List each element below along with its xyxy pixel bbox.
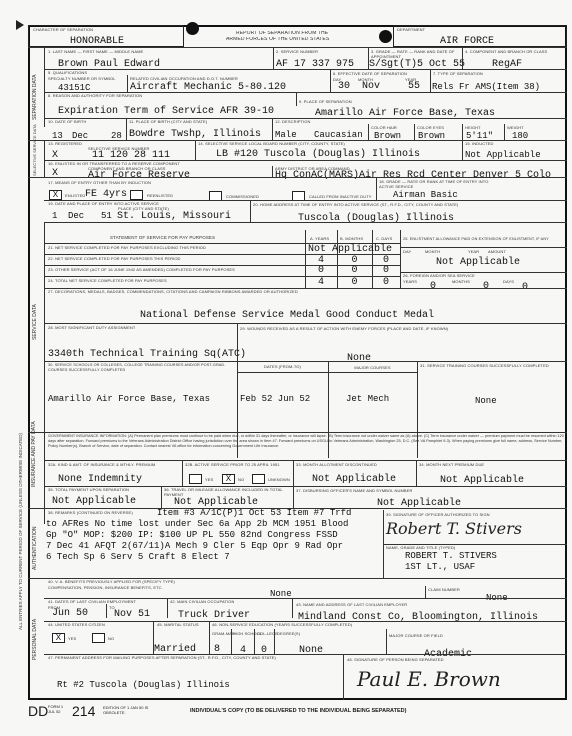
side-label-separation: Separation Data [32, 70, 38, 120]
pay-col-years: A. Years [310, 237, 329, 242]
f42-label: 42. Main Civilian Occupation [170, 600, 234, 605]
divider [44, 598, 567, 599]
divider [209, 621, 210, 654]
divider [44, 486, 567, 487]
enlisted-note: FE 4yrs [85, 189, 127, 200]
divider [296, 92, 297, 106]
f19-label: 19. Date and Place of Entry into Active … [48, 202, 159, 207]
divider [106, 604, 107, 618]
side-label-outer: All Entries Apply to Current Period of S… [18, 230, 23, 630]
enlisted-label: Enlisted [65, 194, 85, 199]
entry-day: 1 [52, 211, 57, 221]
reserve-component: Air Force Reserve [88, 170, 190, 181]
specialty-label: Specialty Number or Symbol [48, 77, 116, 82]
f34-label: 34. Month Next Premium Due [419, 463, 484, 468]
side-label-personal: Personal Data [32, 620, 38, 660]
f27-label: 27. Decorations, Medals, Badges, Commend… [48, 290, 298, 295]
degree-label: Degree(s) [277, 632, 300, 637]
punch-hole-left [186, 22, 199, 35]
divider [400, 272, 567, 273]
decorations: National Defense Service Medal Good Cond… [140, 310, 434, 321]
separation-month: Nov [362, 81, 380, 92]
side-label-insurance: Insurance and Pay Data [31, 442, 37, 487]
f35-label: 35. Total Payment upon Separation [48, 488, 129, 493]
form-edition: EDITION OF 1 JAN 50 IS OBSOLETE. [103, 705, 151, 715]
claim-label: Claim Number [428, 588, 460, 593]
divider [44, 160, 567, 161]
f26-years-label: Years [403, 280, 417, 285]
inducted-value: Not Applicable [465, 150, 541, 160]
officer-title: 1ST LT., USAF [405, 562, 475, 572]
civ-occupation-label: Related Civilian Occupation and D.O.T. N… [130, 77, 238, 82]
divider [126, 118, 127, 140]
pay-row-23-days: 0 [372, 265, 400, 276]
f6-label: 6. Effective Date of Separation [333, 72, 407, 77]
divider [237, 372, 417, 373]
divider [44, 323, 567, 324]
separation-year: 55 [408, 81, 420, 92]
form-number: 214 [72, 703, 95, 719]
divider [273, 47, 274, 69]
f46-label: 46. Non-Service Education (Years success… [212, 623, 352, 628]
f10-label: 10. Date of Birth [48, 120, 86, 125]
race-value: Caucasian [314, 130, 363, 140]
officer-name: ROBERT T. STIVERS [405, 551, 497, 561]
f29-label: 29. Wounds Received as a Result of Actio… [240, 327, 448, 332]
divider [368, 124, 369, 140]
reenlisted-checkbox[interactable] [130, 190, 143, 200]
citizen-yes-checkbox[interactable]: X [52, 633, 65, 643]
divider [44, 140, 45, 177]
eyes-label: Color Eyes [417, 126, 444, 131]
f28-label: 28. Most Significant Duty Assignment [48, 326, 135, 331]
divider [400, 247, 567, 248]
pay-row-21-label: 21. Net Service Completed for Pay Purpos… [48, 246, 302, 251]
f16-label: 16. Enlisted in or Transferred to a Rese… [48, 162, 180, 167]
separation-day: 30 [338, 81, 350, 92]
divider [414, 124, 415, 140]
f4-label: 4. Component and Branch or Class [465, 50, 565, 55]
reenlisted-label: Reenlisted [147, 194, 173, 199]
foreign-months: 0 [483, 281, 489, 292]
citizen-no-checkbox[interactable] [92, 633, 105, 643]
divider [400, 230, 401, 288]
form-designation: DD [28, 703, 48, 719]
divider [272, 166, 273, 177]
major-courses: Jet Mech [346, 394, 389, 404]
f11-label: 11. Place of Birth (City and State) [129, 120, 207, 125]
character-of-separation: HONORABLE [70, 36, 124, 47]
local-board: LB #120 Tuscola (Douglas) Illinois [216, 149, 420, 160]
page-corner-mark [16, 20, 24, 30]
pay-statement-title: Statement of Service for Pay Purposes [110, 236, 215, 241]
prior-no-label: No [238, 478, 244, 483]
grade-at-entry: Airman Basic [393, 190, 458, 200]
f9-label: 9. Place of Separation [299, 100, 352, 105]
school-dates: Feb 52 Jun 52 [240, 394, 310, 404]
entry-place: St. Louis, Missouri [117, 211, 231, 222]
member-signature: Paul E. Brown [357, 667, 501, 691]
divider [44, 288, 567, 289]
side-label-selective: Selective Service Data [32, 142, 37, 176]
reason-for-separation: Expiration Term of Service AFR 39-10 [58, 106, 274, 117]
remarks-line-1: Item #3 A/1C(P)1 Oct 53 Item #7 Trfd [157, 508, 351, 518]
divider [274, 629, 275, 654]
divider [44, 118, 567, 119]
divider [44, 222, 45, 524]
divider [250, 200, 251, 222]
divider [44, 92, 567, 93]
next-premium-due: Not Applicable [440, 475, 524, 486]
citizen-no-label: No [108, 637, 114, 642]
f14-label: 14. Selective Service Local Board Number… [198, 142, 345, 147]
f26-months-label: Months [452, 280, 470, 285]
divider [44, 361, 567, 362]
divider [231, 629, 232, 654]
pay-row-23-years: 0 [305, 265, 337, 276]
f41-label: 41. Dates of Last Civilian Employment [48, 600, 136, 605]
f39b-label: Name, Grade and Title (Typed) [386, 546, 455, 551]
divider [462, 140, 463, 160]
f17-label: 17. Means of Entry Other Than by Inducti… [48, 181, 151, 186]
department-label: Department [397, 28, 425, 33]
remarks-line-4: 7 Dec 41 AFQT 2(67/11)A Mech 9 Cler 5 Eq… [46, 541, 343, 551]
character-label: Character of Separation [33, 28, 93, 33]
f25-day-label: Day [403, 250, 411, 255]
divider [161, 486, 162, 508]
f45-label: 45. Marital Status [157, 623, 199, 628]
f37-label: 37. Disbursing Officer's Name and Symbol… [296, 489, 412, 494]
pay-row-24-label: 24. Total Net Service Completed for Pay … [48, 279, 302, 284]
weight-label: Weight [507, 126, 524, 131]
entry-month: Dec [68, 211, 84, 221]
divider [28, 432, 567, 433]
f7-label: 7. Type of Separation [433, 72, 483, 77]
divider [425, 586, 426, 598]
f40-label: 40. V. A. Benefits Previously Applied fo… [48, 580, 175, 585]
commissioned-label: Commissioned [226, 195, 259, 200]
f38-label: 38. Remarks (Continued on reverse) [48, 511, 133, 516]
officer-signature: Robert T. Stivers [386, 519, 522, 538]
pay-row-24-years: 4 [305, 277, 337, 288]
training-courses: None [475, 396, 497, 406]
divider [167, 598, 168, 618]
department-value: AIR FORCE [440, 36, 494, 47]
enlistment-allowance: Not Applicable [436, 257, 520, 268]
f43-label: 43. Name and Address of Last Civilian Em… [296, 603, 407, 608]
f30-label: 30. Service Schools or Colleges, College… [48, 363, 233, 372]
form-title-2: ARMED FORCES OF THE UNITED STATES [226, 37, 329, 42]
form-title-1: REPORT OF SEPARATION FROM THE [236, 31, 328, 36]
f15-label: 15. Inducted [465, 142, 494, 147]
divider [44, 47, 45, 127]
f12-label: 12. Description [275, 120, 311, 125]
entry-year: 51 [101, 211, 112, 221]
copy-note: INDIVIDUAL'S COPY (TO BE DELIVERED TO TH… [190, 708, 406, 714]
divider [386, 629, 387, 654]
side-label-service: Service Data [32, 300, 38, 340]
pay-row-24-months: 0 [337, 277, 372, 288]
f25-month-label: Month [425, 250, 440, 255]
divider [330, 69, 331, 92]
enlisted-checkbox[interactable]: X [49, 190, 62, 200]
total-payment: Not Applicable [52, 496, 136, 507]
pay-row-22-label: 22. Net Service Completed for Pay Purpos… [48, 257, 302, 262]
f40-sub-label: Compensation, Pension, Insurance Benefit… [48, 586, 163, 591]
travel-allowance: Not Applicable [174, 497, 258, 508]
f30-courses-label: Major Courses [330, 366, 415, 371]
called-label: Called from Inactive Duty [309, 195, 372, 200]
foreign-years: 0 [430, 281, 436, 292]
divider [254, 629, 255, 654]
divider [44, 69, 567, 70]
pay-row-24-days: 0 [372, 277, 400, 288]
f1-label: 1. Last Name — First Name — Middle Name [48, 50, 143, 55]
divider [292, 598, 293, 618]
prior-service-unknown-checkbox[interactable] [252, 474, 265, 484]
f20-label: 20. Home Address at Time of Entry into A… [253, 203, 458, 208]
type-of-separation: Rels Fr AMS(Item 38) [432, 82, 540, 92]
f39-label: 39. Signature of Officer Authorized to S… [386, 513, 490, 518]
f47-label: 47. Permanent Address for Mailing Purpos… [48, 656, 338, 661]
wounds: None [347, 353, 371, 364]
f25-year-label: Year [468, 250, 479, 255]
employment-from: Jun 50 [52, 608, 88, 619]
f5-label: 5. Qualifications [48, 71, 87, 76]
f44-label: 44. United States Citizen [48, 623, 105, 628]
major-label: Major Course or Field [389, 634, 443, 639]
side-label-authentication: Authentication [32, 520, 38, 570]
f31-label: 31. Service Training Courses Successfull… [420, 364, 565, 369]
divider [182, 460, 183, 486]
prior-yes-label: Yes [205, 478, 213, 483]
f2-label: 2. Service Number [276, 50, 318, 55]
pay-col-months: B. Months [340, 237, 363, 242]
pay-row-23-label: 23. Other Service (Act of 16 June 1942 a… [48, 268, 302, 273]
f18-label: 18. Grade — Rate or Rank at Time of Entr… [379, 180, 499, 189]
divider [127, 75, 128, 92]
f25-label: 25. Enlistment Allowance Paid on Extensi… [403, 237, 563, 242]
divider [430, 69, 431, 92]
f48-label: 48. Signature of Person Being Separated [347, 658, 444, 663]
f26-label: 26. Foreign and/or Sea Service [403, 274, 475, 279]
f30-dates-label: Dates (From-To) [240, 365, 325, 370]
remarks-line-3: Gp "O" MOP: $200 IP: $100 UP PL 550 82nd… [46, 530, 338, 540]
f32b-label: 32B. Active Service Prior to 25 April 19… [185, 463, 295, 468]
divider [416, 460, 417, 486]
divider [28, 140, 567, 141]
insurance-kind: None Indemnity [58, 474, 142, 485]
f26-days-label: Days [503, 280, 514, 285]
f13-label: 13. Registered [48, 142, 82, 147]
divider [44, 200, 567, 201]
f33-label: 33. Month Allotment Discontinued [296, 463, 377, 468]
mailing-address: Rt #2 Tuscola (Douglas) Illinois [57, 680, 230, 690]
divider [44, 654, 567, 655]
pay-col-days: C. Days [376, 237, 392, 242]
divider [272, 118, 273, 140]
remarks-line-2: to AFRes No time lost under Sec 6a App 2… [46, 519, 348, 529]
service-school: Amarillo Air Force Base, Texas [48, 394, 210, 404]
f36-label: 36. Travel or Mileage Allowance Included… [164, 488, 292, 497]
divider [28, 177, 567, 178]
pay-row-23-months: 0 [337, 265, 372, 276]
main-occupation: Truck Driver [178, 610, 250, 621]
form-date: FORM 1 JUL 52 [48, 704, 70, 714]
punch-hole-right [379, 30, 392, 43]
insurance-info: GOVERNMENT INSURANCE INFORMATION: (A) Pe… [48, 434, 564, 460]
f32a-label: 32A. Kind & Amt. of Insurance & Mthly. P… [48, 463, 155, 468]
remarks-line-5: 6 Tech Sp 6 Serv 5 Craft 8 Elect 7 [46, 552, 230, 562]
hair-label: Color Hair [371, 126, 397, 131]
divider [28, 47, 567, 48]
divider [195, 140, 196, 160]
divider [376, 177, 377, 200]
prior-unknown-label: Unknown [268, 478, 290, 483]
place-of-birth: Bowdre Twshp, Illinois [129, 129, 261, 140]
f8-label: 8. Reason and Authority for Separation [48, 94, 142, 99]
divider [343, 654, 344, 700]
prior-service-no-checkbox[interactable]: X [222, 474, 235, 484]
f3-label: 3. Grade — Rate — Rank and Date of Appoi… [371, 50, 461, 59]
divider [28, 578, 567, 579]
divider [293, 460, 294, 508]
prior-service-yes-checkbox[interactable] [189, 474, 202, 484]
employment-to: Nov 51 [114, 609, 150, 620]
f25-amount-label: Amount [488, 250, 506, 255]
citizen-yes-label: Yes [68, 637, 76, 642]
divider [44, 621, 567, 622]
divider [383, 544, 567, 545]
duty-assignment: 3340th Technical Training Sq(ATC) [48, 349, 246, 360]
divider [44, 222, 567, 223]
divider [44, 460, 567, 461]
divider [504, 124, 505, 140]
allotment-discontinued: Not Applicable [312, 474, 396, 485]
divider [462, 47, 463, 69]
height-label: Height [465, 126, 481, 131]
sex-value: Male [275, 130, 297, 140]
divider [462, 124, 463, 140]
